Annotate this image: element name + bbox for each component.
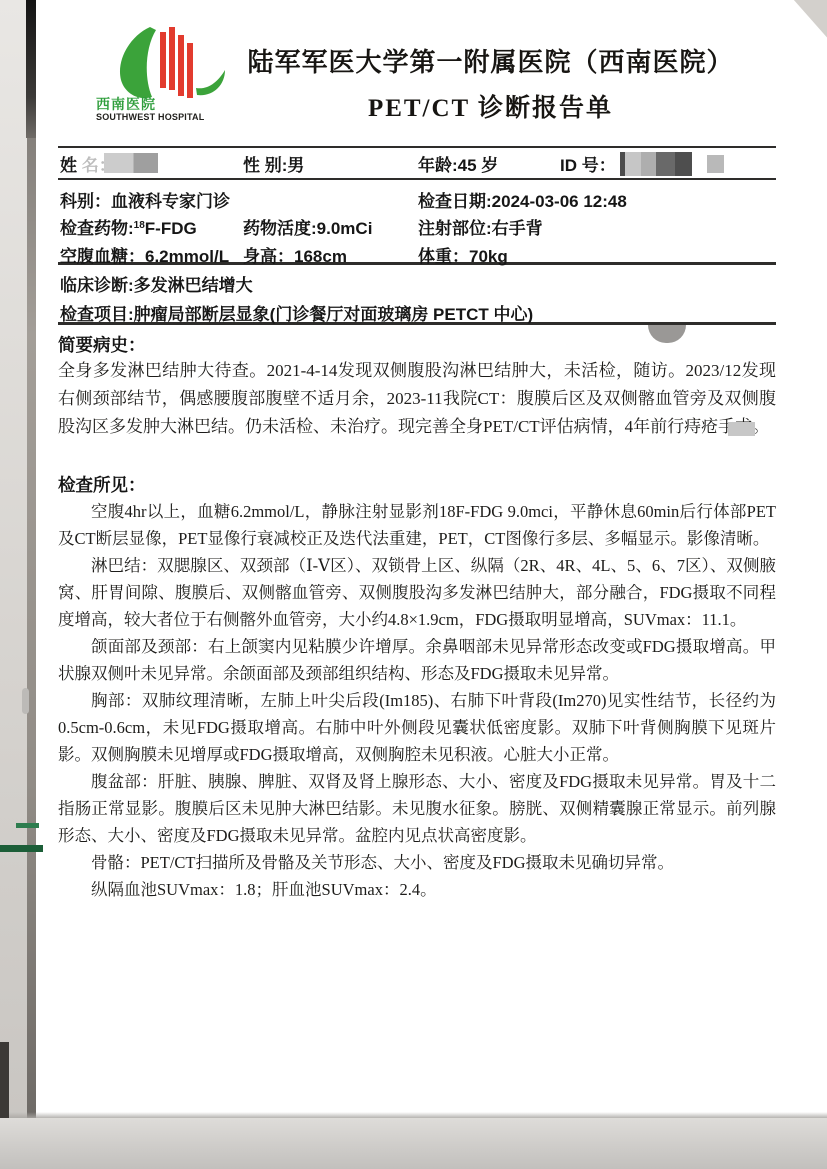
- table-surface-below-paper: [0, 1118, 827, 1169]
- findings-paragraph: 纵隔血池SUVmax：1.8；肝血池SUVmax：2.4。: [58, 876, 776, 903]
- hospital-title: 陆军军医大学第一附属医院（西南医院）: [218, 42, 763, 79]
- history-text: 全身多发淋巴结肿大待查。2021-4-14发现双侧腹股沟淋巴结肿大，未活检，随访…: [58, 357, 776, 441]
- vitals-row: 空腹血糖：6.2mmol/L 身高：168cm 体重：70kg: [58, 242, 776, 266]
- paper-left-edge: [27, 0, 36, 1118]
- logo-red-bar: [160, 32, 166, 88]
- department-field: 科别：血液科专家门诊: [60, 187, 230, 212]
- exam-item-row: 检查项目:肿瘤局部断层显象(门诊餐厅对面玻璃房 PETCT 中心): [58, 300, 776, 324]
- logo-red-bar: [187, 43, 193, 98]
- divider-line: [58, 178, 776, 180]
- height-field: 身高：168cm: [243, 242, 347, 267]
- divider-line: [58, 146, 776, 148]
- history-heading: 简要病史：: [58, 332, 146, 357]
- glucose-field: 空腹血糖：6.2mmol/L: [60, 242, 229, 267]
- findings-paragraph: 颌面部及颈部：右上颌窦内见粘膜少许增厚。余鼻咽部未见异常形态改变或FDG摄取增高…: [58, 633, 776, 687]
- weight-field: 体重：70kg: [418, 242, 508, 267]
- tracer-row: 检查药物:18F-FDG 药物活度:9.0mCi 注射部位:右手背: [58, 214, 776, 238]
- photo-top-right-corner: [781, 0, 827, 52]
- logo-text-cn: 西南医院: [96, 94, 176, 114]
- findings-paragraph: 骨骼：PET/CT扫描所及骨骼及关节形态、大小、密度及FDG摄取未见确切异常。: [58, 849, 776, 876]
- paper-left-edge-dark-top: [26, 0, 36, 138]
- scanned-report-photo: 西南医院 SOUTHWEST HOSPITAL 陆军军医大学第一附属医院（西南医…: [0, 0, 827, 1169]
- findings-text: 空腹4hr以上，血糖6.2mmol/L，静脉注射显影剂18F-FDG 9.0mc…: [58, 498, 776, 903]
- injection-site-field: 注射部位:右手背: [418, 214, 543, 239]
- paper-edge-smudge: [22, 688, 29, 714]
- logo-leaf-shape: [120, 27, 156, 98]
- tracer-field: 检查药物:18F-FDG: [60, 214, 197, 239]
- gender-field: 性 别:男: [243, 151, 304, 176]
- green-edge-mark: [16, 823, 39, 828]
- exam-date-field: 检查日期:2024-03-06 12:48: [418, 187, 627, 212]
- name-redaction-block: [104, 153, 158, 173]
- paper-left-edge-dark-bottom: [0, 1042, 9, 1118]
- logo-red-bar: [178, 35, 184, 96]
- age-field: 年龄:45 岁: [418, 151, 498, 176]
- history-redaction-block: [728, 422, 755, 436]
- gray-scan-blob: [648, 325, 686, 343]
- findings-paragraph: 腹盆部：肝脏、胰腺、脾脏、双肾及肾上腺形态、大小、密度及FDG摄取未见异常。胃及…: [58, 768, 776, 849]
- findings-paragraph: 淋巴结：双腮腺区、双颈部（Ⅰ-Ⅴ区）、双锁骨上区、纵隔（2R、4R、4L、5、6…: [58, 552, 776, 633]
- exam-item-field: 检查项目:肿瘤局部断层显象(门诊餐厅对面玻璃房 PETCT 中心): [60, 300, 533, 325]
- id-label: ID 号：: [560, 151, 616, 176]
- clinical-dx-row: 临床诊断:多发淋巴结增大: [58, 271, 776, 295]
- activity-field: 药物活度:9.0mCi: [243, 214, 372, 239]
- clinical-dx-field: 临床诊断:多发淋巴结增大: [60, 271, 253, 296]
- report-header: 陆军军医大学第一附属医院（西南医院） PET/CT 诊断报告单: [218, 42, 763, 124]
- findings-paragraph: 空腹4hr以上，血糖6.2mmol/L，静脉注射显影剂18F-FDG 9.0mc…: [58, 498, 776, 552]
- dept-date-row: 科别：血液科专家门诊 检查日期:2024-03-06 12:48: [58, 187, 776, 211]
- page-left-margin-strip: [0, 0, 27, 1118]
- green-edge-mark: [0, 845, 43, 852]
- findings-heading: 检查所见：: [58, 472, 146, 497]
- report-title: PET/CT 诊断报告单: [218, 88, 763, 124]
- id-redaction-block: [620, 152, 724, 176]
- logo-red-bar: [169, 27, 175, 90]
- findings-paragraph: 胸部：双肺纹理清晰，左肺上叶尖后段(Im185)、右肺下叶背段(Im270)见实…: [58, 687, 776, 768]
